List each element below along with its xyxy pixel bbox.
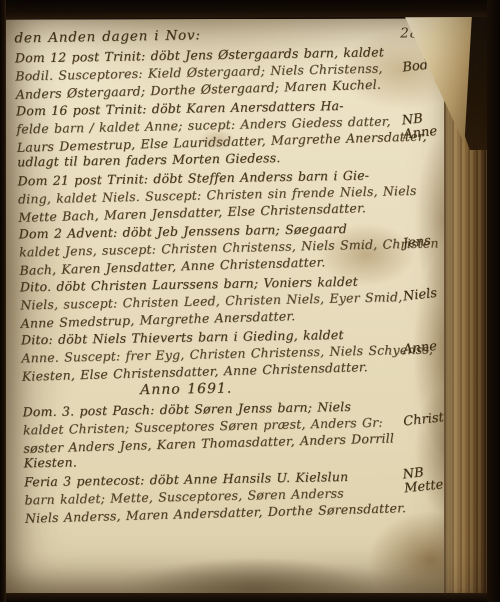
register-entry: Dito. döbt Christen Laurssens barn; Voni… — [20, 270, 453, 330]
register-entry: Feria 3 pentecost: döbt Anne Hansils U. … — [24, 465, 457, 525]
register-entry: Dom 21 post Trinit: döbt Steffen Anderss… — [17, 164, 450, 224]
register-entry: Dom 2 Advent: döbt Jeb Jenssens barn; Sø… — [19, 217, 452, 277]
register-entry: Dito: döbt Niels Thieverts barn i Giedin… — [21, 323, 454, 383]
register-entry: Dom 12 post Trinit: döbt Jens Østergaard… — [15, 41, 448, 101]
script-layer: den Anden dagen i Nov:Dom 12 post Trinit… — [14, 20, 457, 527]
register-entry: Dom 16 post Trinit: döbt Karen Anersdatt… — [16, 94, 449, 171]
manuscript-photo: den Anden dagen i Nov:Dom 12 post Trinit… — [0, 0, 500, 602]
manuscript-page: den Anden dagen i Nov:Dom 12 post Trinit… — [4, 18, 458, 595]
binding-bottom-edge — [0, 593, 500, 602]
binding-right-edge — [487, 0, 500, 602]
binding-top-edge — [0, 0, 500, 19]
binding-left-edge — [0, 0, 6, 602]
register-entry: Dom. 3. post Pasch: döbt Søren Jenss bar… — [22, 395, 455, 472]
